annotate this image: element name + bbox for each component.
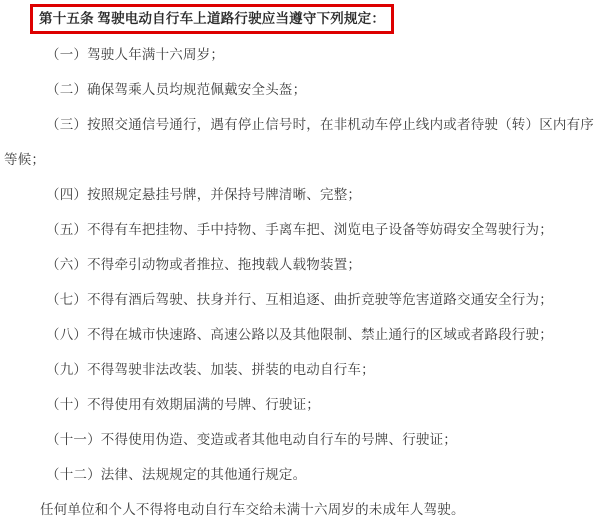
regulation-item-8: （八）不得在城市快速路、高速公路以及其他限制、禁止通行的区域或者路段行驶； xyxy=(4,317,598,352)
regulation-item-2: （二）确保驾乘人员均规范佩戴安全头盔； xyxy=(4,72,598,107)
article-title-line: 第十五条 驾驶电动自行车上道路行驶应当遵守下列规定： xyxy=(4,4,598,34)
regulation-item-5: （五）不得有车把挂物、手中持物、手离车把、浏览电子设备等妨碍安全驾驶行为； xyxy=(4,212,598,247)
regulation-item-12: （十二）法律、法规规定的其他通行规定。 xyxy=(4,457,598,492)
regulation-item-10: （十）不得使用有效期届满的号牌、行驶证； xyxy=(4,387,598,422)
regulation-item-1: （一）驾驶人年满十六周岁； xyxy=(4,37,598,72)
document-page: 第十五条 驾驶电动自行车上道路行驶应当遵守下列规定： （一）驾驶人年满十六周岁；… xyxy=(0,0,600,526)
regulation-item-11: （十一）不得使用伪造、变造或者其他电动自行车的号牌、行驶证； xyxy=(4,422,598,457)
regulation-item-9: （九）不得驾驶非法改装、加装、拼装的电动自行车； xyxy=(4,352,598,387)
article-title-highlight-box: 第十五条 驾驶电动自行车上道路行驶应当遵守下列规定： xyxy=(30,4,394,34)
regulation-item-7: （七）不得有酒后驾驶、扶身并行、互相追逐、曲折竞驶等危害道路交通安全行为； xyxy=(4,282,598,317)
closing-paragraph: 任何单位和个人不得将电动自行车交给未满十六周岁的未成年人驾驶。 xyxy=(4,492,598,526)
regulation-item-6: （六）不得牵引动物或者推拉、拖拽载人载物装置； xyxy=(4,247,598,282)
regulation-item-3: （三）按照交通信号通行，遇有停止信号时，在非机动车停止线内或者待驶（转）区内有序… xyxy=(4,107,598,177)
regulation-item-4: （四）按照规定悬挂号牌，并保持号牌清晰、完整； xyxy=(4,177,598,212)
